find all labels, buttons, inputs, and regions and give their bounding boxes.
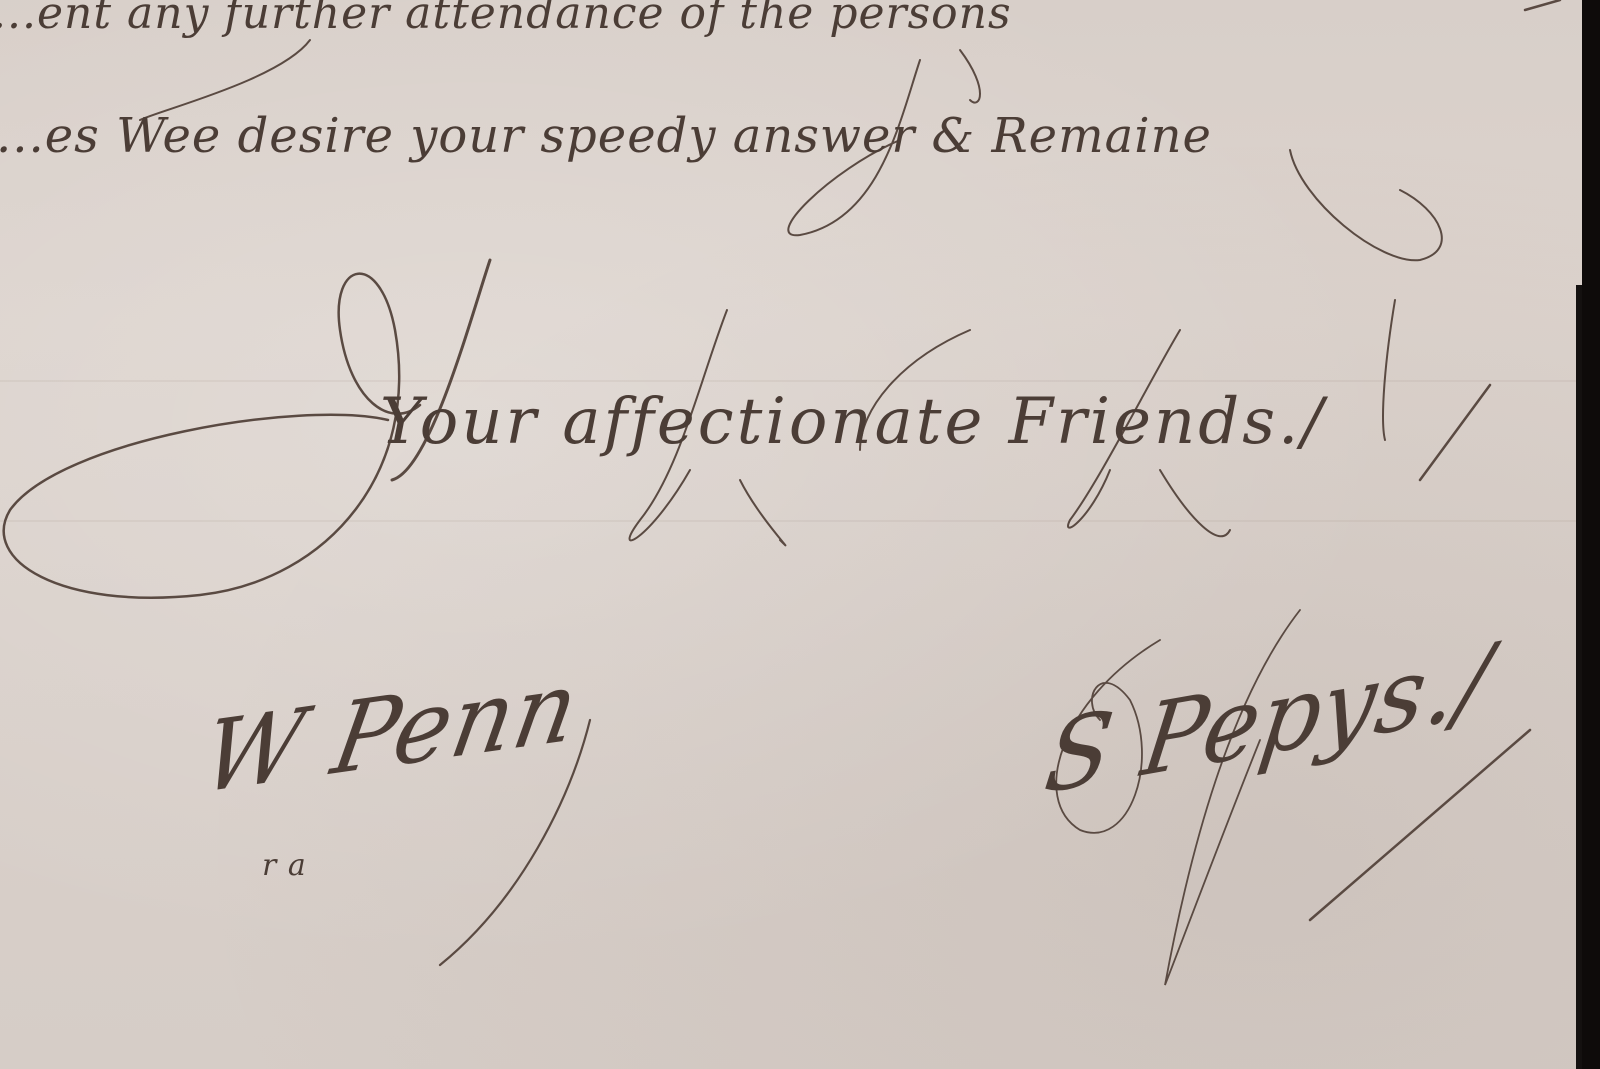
letter-closing: Your affectionate Friends./ [380, 385, 1326, 459]
letter-line-1: ...ent any further attendance of the per… [0, 0, 1012, 39]
letter-line-2: ...es Wee desire your speedy answer & Re… [0, 108, 1212, 164]
background-edge [1582, 0, 1600, 1069]
signature-penn-sublabel: r a [262, 848, 307, 883]
